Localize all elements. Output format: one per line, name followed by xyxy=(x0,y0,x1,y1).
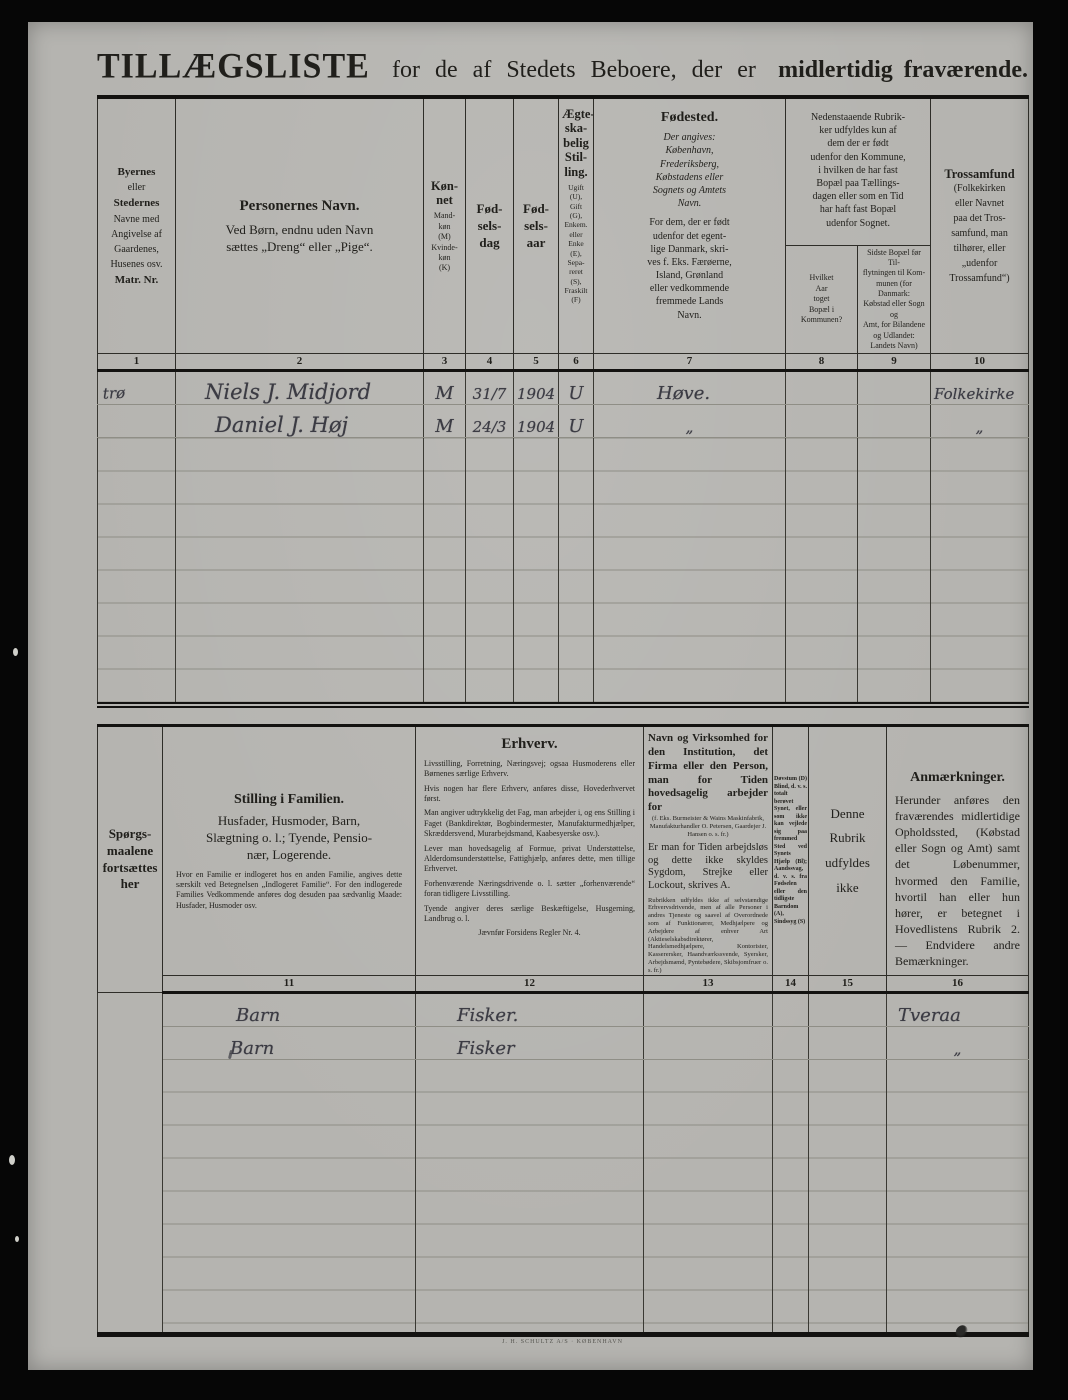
entry-row: Daniel J. Høj M 24/3 1904 U „ „ xyxy=(98,405,1029,438)
film-speck xyxy=(13,648,18,656)
handwritten-occupation: Fisker xyxy=(419,1040,515,1058)
cell-family-position: Barn xyxy=(163,1026,416,1059)
handwritten-religion: Folkekirke xyxy=(934,385,1014,403)
handwritten-birthplace-ditto: „ xyxy=(686,418,694,436)
header-occupation-p6: Tyende angiver deres særlige Beskæftigel… xyxy=(424,904,635,925)
column-number: 2 xyxy=(176,354,424,371)
empty-cell xyxy=(424,438,466,706)
header-family-position-sub: Husfader, Husmoder, Barn, Slægtning o. l… xyxy=(166,813,412,864)
header-employer-fine2: Rubrikken udfyldes ikke af selvstændige … xyxy=(648,897,768,975)
header-moved-in-note-text: Nedenstaaende Rubrik- ker udfyldes kun a… xyxy=(789,111,927,230)
handwritten-marital: U xyxy=(568,416,583,437)
cell-birth-year: 1904 xyxy=(514,371,559,405)
handwritten-sex: M xyxy=(435,416,453,437)
column-number-row: 1 2 3 4 5 6 7 8 9 10 xyxy=(98,354,1029,371)
header-disabilities: Døvstum (D) Blind, d. v. s. totalt berøv… xyxy=(773,726,809,975)
cell-last-residence xyxy=(858,371,931,405)
cell-disabilities xyxy=(773,992,809,1026)
header-family-position-fine: Hvor en Familie er indlogeret hos en and… xyxy=(166,870,412,912)
header-place-line: Byernes xyxy=(101,164,172,181)
handwritten-birth-year: 1904 xyxy=(517,418,555,436)
header-birthplace-title: Fødested. xyxy=(597,109,782,127)
handwritten-birthplace: Høve. xyxy=(597,385,710,403)
label-column-cell xyxy=(98,992,163,1026)
handwritten-birth-day: 24/3 xyxy=(473,418,507,436)
handwritten-remarks: Tveraa xyxy=(890,1007,961,1025)
empty-cell xyxy=(931,438,1029,706)
handwritten-birth-year: 1904 xyxy=(517,385,555,403)
empty-cell xyxy=(559,438,594,706)
header-occupation-p4: Lever man hovedsagelig af Formue, privat… xyxy=(424,844,635,875)
handwritten-place: Innik trø xyxy=(98,386,126,403)
column-number-row: 11 12 13 14 15 16 xyxy=(98,975,1029,992)
cell-last-residence xyxy=(858,405,931,438)
header-birth-day: Fød- sels- dag xyxy=(466,97,514,354)
cell-place xyxy=(98,405,176,438)
header-occupation-p3: Man angiver udtrykkelig det Fag, man arb… xyxy=(424,808,635,839)
column-number: 5 xyxy=(514,354,559,371)
header-marital-sub: Ugift (U), Gift (G), Enkem. eller Enke (… xyxy=(562,183,590,305)
cell-sex: M xyxy=(424,371,466,405)
column-number: 9 xyxy=(858,354,931,371)
column-number: 11 xyxy=(163,975,416,992)
cell-do-not-fill xyxy=(809,992,887,1026)
film-speck xyxy=(15,1236,19,1242)
handwritten-family-position: Barn xyxy=(166,1040,274,1058)
header-marital-title: Ægte- ska- belig Stil- ling. xyxy=(562,107,590,179)
column-number: 12 xyxy=(416,975,644,992)
entry-row: Barn Fisker. Tveraa xyxy=(98,992,1029,1026)
column-number: 13 xyxy=(644,975,773,992)
header-place-lines: Navne med Angivelse af Gaardenes, Husene… xyxy=(101,212,172,272)
printers-imprint: J. H. SCHULTZ A/S · KØBENHAVN xyxy=(97,1339,1028,1345)
header-occupation-p2: Hvis nogen har flere Erhverv, anføres di… xyxy=(424,784,635,805)
empty-cell xyxy=(514,438,559,706)
empty-cell xyxy=(176,438,424,706)
empty-ruled-rows xyxy=(98,1059,1029,1334)
handwritten-remarks-ditto: „ xyxy=(954,1040,962,1058)
cell-birth-year: 1904 xyxy=(514,405,559,438)
handwritten-name: Daniel J. Høj xyxy=(179,415,348,436)
cell-name: Daniel J. Høj xyxy=(176,405,424,438)
cell-religion: Folkekirke xyxy=(931,371,1029,405)
header-remarks-title: Anmærkninger. xyxy=(895,769,1020,787)
form-title-lead: TILLÆGSLISTE xyxy=(97,47,370,87)
column-number: 1 xyxy=(98,354,176,371)
header-birth-year: Fød- sels- aar xyxy=(514,97,559,354)
header-birthplace-p1: Der angives: København, Frederiksberg, K… xyxy=(597,131,782,210)
column-number: 3 xyxy=(424,354,466,371)
cell-family-position: Barn xyxy=(163,992,416,1026)
label-column-cell xyxy=(98,1059,163,1334)
header-sex-title: Køn- net xyxy=(427,179,462,208)
header-place-line: Stedernes xyxy=(101,195,172,212)
empty-cell xyxy=(98,438,176,706)
empty-ruled-rows xyxy=(98,438,1029,706)
cell-sex: M xyxy=(424,405,466,438)
header-occupation-p7: Jævnfør Forsidens Regler Nr. 4. xyxy=(424,928,635,938)
cell-name: Niels J. Midjord xyxy=(176,371,424,405)
empty-cell xyxy=(773,1059,809,1334)
empty-cell xyxy=(466,438,514,706)
header-employer-fine1: (f. Eks. Burmeister & Wains Maskinfabrik… xyxy=(648,815,768,838)
lower-census-table: Spørgs- maalene fortsættes her Stilling … xyxy=(97,724,1029,1336)
header-do-not-fill-text: Denne Rubrik udfyldes ikke xyxy=(812,802,883,901)
empty-cell xyxy=(809,1059,887,1334)
cell-employer xyxy=(644,992,773,1026)
film-speck xyxy=(9,1155,15,1165)
header-occupation-p5: Forhenværende Næringsdrivende o. l. sætt… xyxy=(424,879,635,900)
header-birth-day-title: Fød- sels- dag xyxy=(469,201,510,252)
cell-birth-day: 31/7 xyxy=(466,371,514,405)
handwritten-sex: M xyxy=(435,383,453,404)
header-moved-in-note: Nedenstaaende Rubrik- ker udfyldes kun a… xyxy=(786,97,931,245)
header-religion-title: Trossamfund xyxy=(934,167,1025,181)
form-page: TILLÆGSLISTE for de af Stedets Beboere, … xyxy=(28,22,1033,1370)
cell-marital: U xyxy=(559,371,594,405)
entry-row: Innik trø Niels J. Midjord M 31/7 1904 U… xyxy=(98,371,1029,405)
header-employer-lead: Navn og Virksomhed for den Institution, … xyxy=(648,732,768,815)
header-disabilities-text: Døvstum (D) Blind, d. v. s. totalt berøv… xyxy=(774,776,807,926)
header-family-position-title: Stilling i Familien. xyxy=(166,791,412,809)
upper-census-table: Byernes eller Stedernes Navne med Angive… xyxy=(97,95,1029,708)
cell-disabilities xyxy=(773,1026,809,1059)
form-title-middle: for de af Stedets Beboere, der er xyxy=(392,57,756,84)
column-number: 4 xyxy=(466,354,514,371)
header-place-matrnr-label: Matr. Nr. xyxy=(101,272,172,289)
header-person-name-sub: Ved Børn, endnu uden Navn sættes „Dreng“… xyxy=(179,222,420,256)
empty-cell xyxy=(858,438,931,706)
header-birthplace: Fødested. Der angives: København, Freder… xyxy=(594,97,786,354)
column-number: 16 xyxy=(887,975,1029,992)
header-birthplace-p2: For dem, der er født udenfor det egent- … xyxy=(597,216,782,322)
cell-employer xyxy=(644,1026,773,1059)
empty-cell xyxy=(887,1059,1029,1334)
empty-cell xyxy=(594,438,786,706)
empty-cell xyxy=(163,1059,416,1334)
header-family-position: Stilling i Familien. Husfader, Husmoder,… xyxy=(163,726,416,975)
header-do-not-fill: Denne Rubrik udfyldes ikke xyxy=(809,726,887,975)
header-sex: Køn- net Mand- køn (M) Kvinde- køn (K) xyxy=(424,97,466,354)
column-number: 14 xyxy=(773,975,809,992)
header-occupation-p1: Livsstilling, Forretning, Næringsvej; og… xyxy=(424,759,635,780)
cell-place: Innik trø xyxy=(98,371,176,405)
header-continuation-label: Spørgs- maalene fortsættes her xyxy=(98,726,163,992)
column-number: 7 xyxy=(594,354,786,371)
header-continuation-text: Spørgs- maalene fortsættes her xyxy=(101,826,159,894)
handwritten-family-position: Barn xyxy=(166,1007,280,1025)
header-occupation: Erhverv. Livsstilling, Forretning, Nærin… xyxy=(416,726,644,975)
cell-birth-day: 24/3 xyxy=(466,405,514,438)
header-person-name: Personernes Navn. Ved Børn, endnu uden N… xyxy=(176,97,424,354)
empty-cell xyxy=(786,438,858,706)
header-year-settled-text: Hvilket Aar toget Bopæl i Kommunen? xyxy=(789,273,854,325)
header-person-name-title: Personernes Navn. xyxy=(179,197,420,217)
column-number: 15 xyxy=(809,975,887,992)
header-last-residence: Sidste Bopæl før Til- flytningen til Kom… xyxy=(858,245,931,354)
header-birth-year-title: Fød- sels- aar xyxy=(517,201,555,252)
cell-birthplace: Høve. xyxy=(594,371,786,405)
header-last-residence-text: Sidste Bopæl før Til- flytningen til Kom… xyxy=(861,248,927,352)
cell-remarks: Tveraa xyxy=(887,992,1029,1026)
empty-cell xyxy=(644,1059,773,1334)
header-employer-mid: Er man for Tiden arbejdsløs og dette ikk… xyxy=(648,842,768,892)
header-place-matrnr: Byernes eller Stedernes Navne med Angive… xyxy=(98,97,176,354)
cell-religion: „ xyxy=(931,405,1029,438)
handwritten-birth-day: 31/7 xyxy=(473,385,507,403)
header-religion-sub: (Folkekirken eller Navnet paa det Tros- … xyxy=(934,181,1025,286)
entry-row: Barn Fisker „ xyxy=(98,1026,1029,1059)
header-year-settled: Hvilket Aar toget Bopæl i Kommunen? xyxy=(786,245,858,354)
scanned-census-form: { "title": { "lead": "TILLÆGSLISTE", "mi… xyxy=(0,0,1068,1400)
handwritten-name: Niels J. Midjord xyxy=(179,382,371,403)
form-title: TILLÆGSLISTE for de af Stedets Beboere, … xyxy=(97,48,1028,86)
column-number: 8 xyxy=(786,354,858,371)
header-remarks-body: Herunder anføres den fraværendes midlert… xyxy=(895,792,1020,970)
cell-occupation: Fisker xyxy=(416,1026,644,1059)
cell-year-settled xyxy=(786,371,858,405)
cell-occupation: Fisker. xyxy=(416,992,644,1026)
column-number: 6 xyxy=(559,354,594,371)
label-column-cell xyxy=(98,1026,163,1059)
handwritten-religion-ditto: „ xyxy=(976,418,984,436)
cell-do-not-fill xyxy=(809,1026,887,1059)
header-place-line: eller xyxy=(101,180,172,195)
header-occupation-title: Erhverv. xyxy=(424,735,635,755)
header-religion: Trossamfund (Folkekirken eller Navnet pa… xyxy=(931,97,1029,354)
cell-birthplace: „ xyxy=(594,405,786,438)
cell-marital: U xyxy=(559,405,594,438)
column-number: 10 xyxy=(931,354,1029,371)
header-remarks: Anmærkninger. Herunder anføres den fravæ… xyxy=(887,726,1029,975)
handwritten-marital: U xyxy=(568,383,583,404)
cell-year-settled xyxy=(786,405,858,438)
header-employer: Navn og Virksomhed for den Institution, … xyxy=(644,726,773,975)
handwritten-occupation: Fisker. xyxy=(419,1007,518,1025)
cell-remarks: „ xyxy=(887,1026,1029,1059)
empty-cell xyxy=(416,1059,644,1334)
header-marital-status: Ægte- ska- belig Stil- ling. Ugift (U), … xyxy=(559,97,594,354)
form-title-tail: midlertidig fraværende. xyxy=(778,57,1028,84)
header-sex-sub: Mand- køn (M) Kvinde- køn (K) xyxy=(427,211,462,273)
